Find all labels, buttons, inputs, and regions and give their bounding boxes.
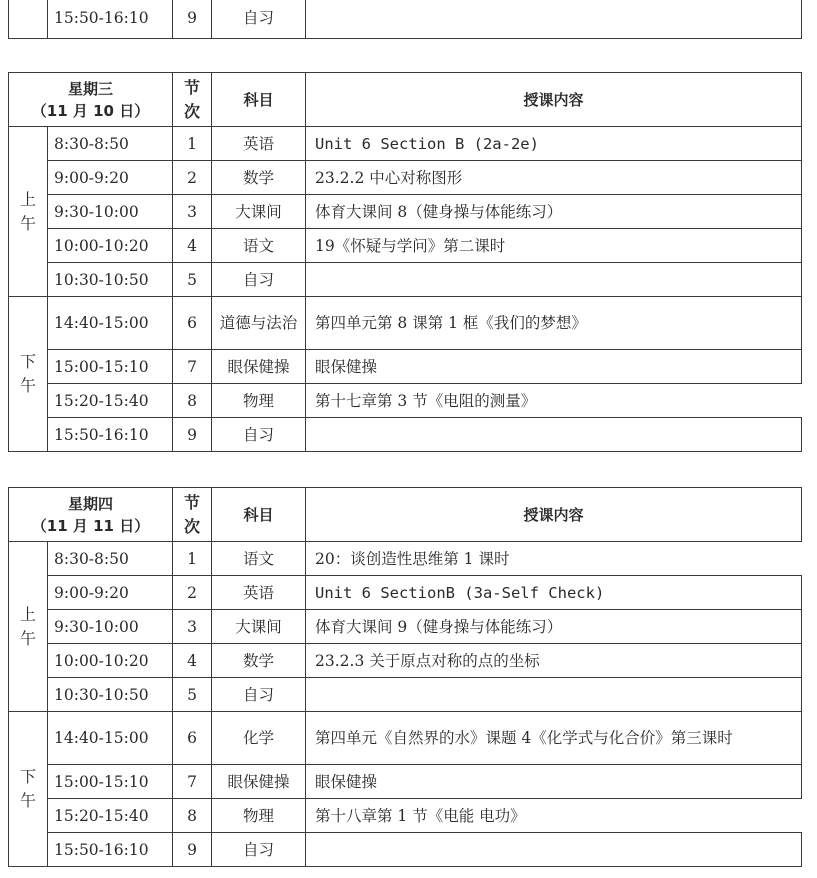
content-cell: 第十七章第 3 节《电阻的测量》 (306, 384, 802, 418)
day-name: 星期四 (9, 493, 172, 515)
subject-cell: 自习 (212, 0, 306, 39)
content-cell (306, 0, 802, 39)
time-cell: 14:40-15:00 (48, 297, 173, 350)
time-cell: 15:50-16:10 (48, 833, 173, 867)
subject-cell: 道德与法治 (212, 297, 306, 350)
period-cell: 2 (173, 576, 212, 610)
table-row: 15:50-16:10 9 自习 (9, 0, 802, 39)
time-cell: 15:00-15:10 (48, 350, 173, 384)
half-day-cell (9, 0, 48, 39)
period-cell: 2 (173, 161, 212, 195)
period-cell: 7 (173, 350, 212, 384)
table-row: 15:00-15:10 7 眼保健操 眼保健操 (9, 765, 802, 799)
table-row: 15:20-15:40 8 物理 第十八章第 1 节《电能 电功》 (9, 799, 802, 833)
content-cell: Unit 6 Section B (2a-2e) (306, 127, 802, 161)
period-cell: 5 (173, 263, 212, 297)
time-cell: 9:00-9:20 (48, 576, 173, 610)
table-row: 15:20-15:40 8 物理 第十七章第 3 节《电阻的测量》 (9, 384, 802, 418)
table-row: 下午 14:40-15:00 6 道德与法治 第四单元第 8 课第 1 框《我们… (9, 297, 802, 350)
subject-cell: 自习 (212, 678, 306, 712)
content-cell: 第十八章第 1 节《电能 电功》 (306, 799, 802, 833)
subject-cell: 眼保健操 (212, 765, 306, 799)
table-row: 下午 14:40-15:00 6 化学 第四单元《自然界的水》课题 4《化学式与… (9, 712, 802, 765)
time-cell: 15:50-16:10 (48, 0, 173, 39)
subject-cell: 英语 (212, 576, 306, 610)
morning-label-cell: 上午 (9, 127, 48, 297)
subject-cell: 化学 (212, 712, 306, 765)
subject-text: 道德与法治 (212, 312, 305, 334)
table-row: 10:30-10:50 5 自习 (9, 263, 802, 297)
period-cell: 9 (173, 833, 212, 867)
period-cell: 1 (173, 127, 212, 161)
subject-cell: 语文 (212, 229, 306, 263)
time-cell: 10:00-10:20 (48, 644, 173, 678)
time-cell: 9:30-10:00 (48, 195, 173, 229)
day-header: 星期三 （11 月 10 日） (9, 73, 173, 127)
day-date: （11 月 10 日） (9, 100, 172, 122)
table-row: 上午 8:30-8:50 1 英语 Unit 6 Section B (2a-2… (9, 127, 802, 161)
subject-cell: 英语 (212, 127, 306, 161)
subject-cell: 物理 (212, 799, 306, 833)
time-cell: 15:20-15:40 (48, 384, 173, 418)
schedule-table-wednesday: 星期三 （11 月 10 日） 节次 科目 授课内容 上午 8:30-8:50 … (8, 72, 802, 452)
content-cell (306, 263, 802, 297)
time-cell: 10:30-10:50 (48, 263, 173, 297)
period-cell: 9 (173, 418, 212, 452)
table-row: 15:00-15:10 7 眼保健操 眼保健操 (9, 350, 802, 384)
time-cell: 15:20-15:40 (48, 799, 173, 833)
content-cell: 第四单元第 8 课第 1 框《我们的梦想》 (306, 297, 802, 350)
day-header: 星期四 （11 月 11 日） (9, 488, 173, 542)
content-cell: Unit 6 SectionB (3a-Self Check) (306, 576, 802, 610)
period-cell: 3 (173, 195, 212, 229)
subject-cell: 自习 (212, 418, 306, 452)
content-cell: 20：谈创造性思维第 1 课时 (306, 542, 802, 576)
table-row: 9:00-9:20 2 英语 Unit 6 SectionB (3a-Self … (9, 576, 802, 610)
subject-cell: 语文 (212, 542, 306, 576)
subject-cell: 自习 (212, 833, 306, 867)
table-row: 上午 8:30-8:50 1 语文 20：谈创造性思维第 1 课时 (9, 542, 802, 576)
subject-cell: 大课间 (212, 610, 306, 644)
subject-cell: 物理 (212, 384, 306, 418)
subject-cell: 自习 (212, 263, 306, 297)
table-row: 10:00-10:20 4 数学 23.2.3 关于原点对称的点的坐标 (9, 644, 802, 678)
table-row: 15:50-16:10 9 自习 (9, 833, 802, 867)
table-header-row: 星期四 （11 月 11 日） 节次 科目 授课内容 (9, 488, 802, 542)
content-header: 授课内容 (306, 488, 802, 542)
period-cell: 8 (173, 384, 212, 418)
content-cell (306, 418, 802, 452)
time-cell: 9:30-10:00 (48, 610, 173, 644)
subject-header: 科目 (212, 73, 306, 127)
subject-cell: 眼保健操 (212, 350, 306, 384)
afternoon-label-cell: 下午 (9, 297, 48, 452)
time-cell: 14:40-15:00 (48, 712, 173, 765)
time-cell: 15:50-16:10 (48, 418, 173, 452)
period-cell: 3 (173, 610, 212, 644)
content-cell: 19《怀疑与学问》第二课时 (306, 229, 802, 263)
content-cell: 眼保健操 (306, 765, 802, 799)
afternoon-label-cell: 下午 (9, 712, 48, 867)
subject-cell: 数学 (212, 644, 306, 678)
period-cell: 5 (173, 678, 212, 712)
period-header: 节次 (173, 73, 212, 127)
table-row: 15:50-16:10 9 自习 (9, 418, 802, 452)
time-cell: 8:30-8:50 (48, 542, 173, 576)
time-cell: 10:00-10:20 (48, 229, 173, 263)
content-cell: 23.2.3 关于原点对称的点的坐标 (306, 644, 802, 678)
table-row: 9:30-10:00 3 大课间 体育大课间 8（健身操与体能练习） (9, 195, 802, 229)
time-cell: 10:30-10:50 (48, 678, 173, 712)
day-date: （11 月 11 日） (9, 515, 172, 537)
subject-header: 科目 (212, 488, 306, 542)
content-cell: 体育大课间 8（健身操与体能练习） (306, 195, 802, 229)
content-cell (306, 833, 802, 867)
time-cell: 15:00-15:10 (48, 765, 173, 799)
period-header: 节次 (173, 488, 212, 542)
table-row: 10:00-10:20 4 语文 19《怀疑与学问》第二课时 (9, 229, 802, 263)
period-cell: 9 (173, 0, 212, 39)
content-cell: 第四单元《自然界的水》课题 4《化学式与化合价》第三课时 (306, 712, 802, 765)
period-cell: 7 (173, 765, 212, 799)
content-cell: 23.2.2 中心对称图形 (306, 161, 802, 195)
table-row: 9:00-9:20 2 数学 23.2.2 中心对称图形 (9, 161, 802, 195)
table-header-row: 星期三 （11 月 10 日） 节次 科目 授课内容 (9, 73, 802, 127)
period-cell: 1 (173, 542, 212, 576)
time-cell: 8:30-8:50 (48, 127, 173, 161)
previous-table-fragment: 15:50-16:10 9 自习 (8, 0, 802, 39)
content-header: 授课内容 (306, 73, 802, 127)
table-row: 9:30-10:00 3 大课间 体育大课间 9（健身操与体能练习） (9, 610, 802, 644)
morning-label-cell: 上午 (9, 542, 48, 712)
period-cell: 6 (173, 712, 212, 765)
time-cell: 9:00-9:20 (48, 161, 173, 195)
period-cell: 8 (173, 799, 212, 833)
period-cell: 6 (173, 297, 212, 350)
period-cell: 4 (173, 644, 212, 678)
subject-cell: 大课间 (212, 195, 306, 229)
table-row: 10:30-10:50 5 自习 (9, 678, 802, 712)
day-name: 星期三 (9, 78, 172, 100)
schedule-table-thursday: 星期四 （11 月 11 日） 节次 科目 授课内容 上午 8:30-8:50 … (8, 487, 802, 867)
period-cell: 4 (173, 229, 212, 263)
content-cell (306, 678, 802, 712)
subject-cell: 数学 (212, 161, 306, 195)
content-cell: 体育大课间 9（健身操与体能练习） (306, 610, 802, 644)
content-cell: 眼保健操 (306, 350, 802, 384)
